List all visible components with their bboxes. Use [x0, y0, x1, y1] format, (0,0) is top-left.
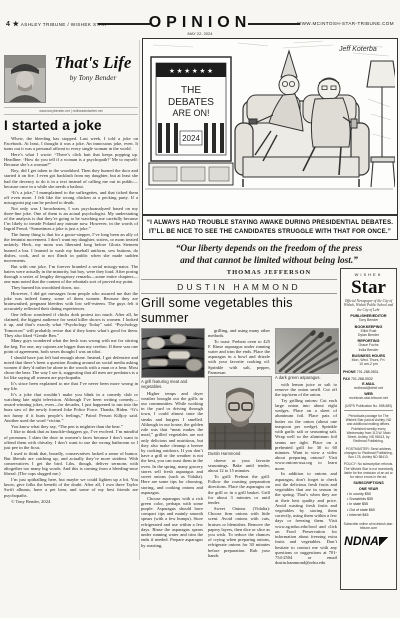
- website-url: WWW.MCINTOSH-STAR-TRIBUNE.COM: [297, 21, 394, 26]
- policy-notice: POLICY: No subscription refunds. The Wis…: [343, 462, 394, 479]
- header-rule-right: [248, 23, 300, 25]
- grill-col-2: grilling, and using many other methods. …: [208, 328, 270, 566]
- tv-text-line2: DEBATES: [168, 97, 214, 108]
- grill-article: DUSTIN HAMMOND Grill some vegetables thi…: [141, 279, 337, 566]
- thats-life-column: That's Life by Tony Bender www.tonybende…: [4, 55, 138, 504]
- fax-number: 701-288-0532: [351, 377, 373, 381]
- grill-col-1: A grill featuring meat and vegetables. H…: [141, 328, 203, 566]
- fax-line: FAX 701-288-0532: [343, 377, 394, 381]
- paragraph: It’s since been explained to me that I’v…: [4, 381, 138, 391]
- masthead-box: WISHEK Star Official Newspaper of the Ci…: [340, 268, 397, 590]
- column-divider: [139, 40, 140, 560]
- cartoon-lamp: [367, 61, 395, 187]
- paragraph: But with one joke, I’m forever branded a…: [4, 264, 138, 285]
- grill-col-3: A dark green asparagus. with lemon juice…: [275, 328, 337, 566]
- subscribe-online-line: Subscribe online at mcintosh-star-tribun…: [343, 522, 394, 531]
- copyright-line: © Tony Bender, 2024: [4, 499, 138, 504]
- paragraph: Boy, did I get taken to the woodshed. Th…: [4, 168, 138, 189]
- paragraph: Many guys wondered what the heck was wro…: [4, 338, 138, 354]
- paragraph: Here’s what I wrote: “There’s click bait…: [4, 152, 138, 168]
- paragraph: Whew, the bleeding has stopped. Last wee…: [4, 136, 138, 152]
- rate-item: • Internet $45: [347, 513, 394, 518]
- postmaster-notice: POSTMASTER: Send address changes to: Red…: [343, 447, 394, 460]
- page-header: 4 ★ ASHLEY TRIBUNE / WISHEK STAR OPINION…: [0, 14, 400, 38]
- ndna-swoosh-icon: [379, 537, 393, 546]
- subscriptions-label: SUBSCRIPTIONS: [343, 481, 394, 485]
- caption-line2: IT’LL BE NICE TO SEE THE CANDIDATES STRU…: [143, 228, 397, 237]
- paragraph: Higher temps and dryer weather brought o…: [141, 391, 203, 495]
- tv-text-line1: THE: [181, 85, 201, 96]
- column-title: That's Life: [48, 55, 138, 71]
- subscriptions-term: ONE YEAR: [343, 487, 394, 491]
- paragraph: I’m just spitballing here, but maybe we …: [4, 477, 138, 498]
- grill-photo: [141, 328, 205, 378]
- quote-line2: and that cannot be limited without being…: [142, 256, 396, 268]
- tv-year: 2024: [182, 134, 200, 143]
- paragraph: Choose asparagus with a rich green color…: [141, 496, 203, 548]
- thats-life-header: That's Life by Tony Bender: [4, 55, 138, 105]
- publisher-name: Tony Bender: [343, 318, 394, 323]
- bookkeeping-name: Dylan Bender: [343, 333, 394, 338]
- tv-text-line3: ARE ON!: [172, 108, 209, 118]
- quote-line1: “Our liberty depends on the freedom of t…: [142, 244, 396, 256]
- cartoon-caption: “I ALWAYS HAD TROUBLE STAYING AWAKE DURI…: [142, 215, 398, 240]
- grill-headline: Grill some vegetables this summer: [141, 293, 337, 325]
- paragraph: However, I did get messages from people …: [4, 291, 138, 312]
- caption-line1: “I ALWAYS HAD TROUBLE STAYING AWAKE DURI…: [143, 219, 397, 228]
- ndna-logo: NDNA: [343, 534, 394, 548]
- editorial-cartoon: Jeff Koterba ★ ★ ★ ★ ★ ★ THE DEBATES ARE…: [142, 38, 398, 215]
- author-header: DUSTIN HAMMOND: [141, 279, 337, 292]
- paragraph: I should have just left bad enough alone…: [4, 355, 138, 381]
- periodicals-notice: Periodicals postage for The Wishek Star …: [343, 414, 394, 444]
- tv-stars: ★ ★ ★ ★ ★ ★: [169, 67, 213, 75]
- hours-line: 10 am-2 pm: [343, 362, 394, 367]
- paragraph: To roast: Preheat oven to 425 F. Rinse a…: [208, 339, 270, 376]
- paragraph: It’s a joke that wouldn’t make you blink…: [4, 392, 138, 423]
- grill-photo-caption: A grill featuring meat and vegetables.: [141, 379, 203, 389]
- paragraph: “It’s a joke,” I mansplained to the suff…: [4, 190, 138, 206]
- column-byline: by Tony Bender: [48, 73, 138, 82]
- web-address: mcintosh-star-tribune.net: [343, 396, 394, 401]
- email-address: redhead@drtel.net: [343, 386, 394, 391]
- paragraph: To grill: Preheat the grill. Follow the …: [208, 474, 270, 505]
- paragraph: Try grilling onions: Cut each large onio…: [275, 398, 337, 471]
- dustin-hammond-photo: [208, 376, 272, 450]
- usps-line: (USPS Publication No. 698-680): [343, 404, 394, 408]
- issue-date: MAY 22, 2024: [0, 31, 400, 36]
- asparagus-photo: [275, 328, 339, 374]
- phone-line: PHONE 701-288-0531: [343, 370, 394, 374]
- phone-number: 701-288-0531: [357, 370, 379, 374]
- article-body: Whew, the bleeding has stopped. Last wee…: [4, 136, 138, 504]
- paragraph: One fellow wondered if chicks doth prote…: [4, 312, 138, 338]
- paragraph: cheese or your favorite seasonings. Bake…: [208, 458, 270, 474]
- paragraph: They burned his woodshed down, too.: [4, 285, 138, 290]
- tony-bender-photo: [4, 55, 46, 103]
- paragraph: Sweet Onions (Vidalia): Choose firm onio…: [208, 506, 270, 558]
- paragraph: In addition to onions and asparagus, don…: [275, 471, 337, 565]
- asparagus-photo-caption: A dark green asparagus.: [275, 375, 337, 380]
- cartoon-tv: ★ ★ ★ ★ ★ ★ THE DEBATES ARE ON! 2024: [149, 57, 233, 185]
- paragraph: grilling, and using many other methods.: [208, 328, 270, 338]
- paragraph: You know what they say, “The pen is migh…: [4, 424, 138, 429]
- phone-label: PHONE: [343, 370, 356, 374]
- paragraph: I used to think that, broadly, conservat…: [4, 451, 138, 477]
- paragraph: I like to think that as knuckle-draggers…: [4, 429, 138, 450]
- reporting-name: India Bender: [343, 348, 394, 353]
- paragraph: The funny thing is that for a goose-step…: [4, 232, 138, 263]
- paragraph: Not only was I browbeaten, I was psychoa…: [4, 206, 138, 232]
- masthead-description: Official Newspaper of the City of Wishek…: [343, 299, 394, 312]
- cartoon-drawing: Jeff Koterba ★ ★ ★ ★ ★ ★ THE DEBATES ARE…: [143, 39, 395, 212]
- masthead-name: Star: [343, 278, 394, 297]
- cartoonist-signature: Jeff Koterba: [338, 46, 377, 53]
- author-urls: www.tonybender.net | redheadedwriter.net: [4, 107, 138, 115]
- headshot-caption: Dustin Hammond: [208, 451, 270, 456]
- masthead-divider: [344, 410, 393, 411]
- subscription-rates: • In county $50 • Snowbirds $55 • In sta…: [347, 492, 394, 519]
- fax-label: FAX: [343, 377, 350, 381]
- paragraph: with lemon juice or salt to remove the o…: [275, 382, 337, 398]
- ndna-text: NDNA: [344, 534, 379, 548]
- article-headline: I started a joke: [4, 118, 138, 133]
